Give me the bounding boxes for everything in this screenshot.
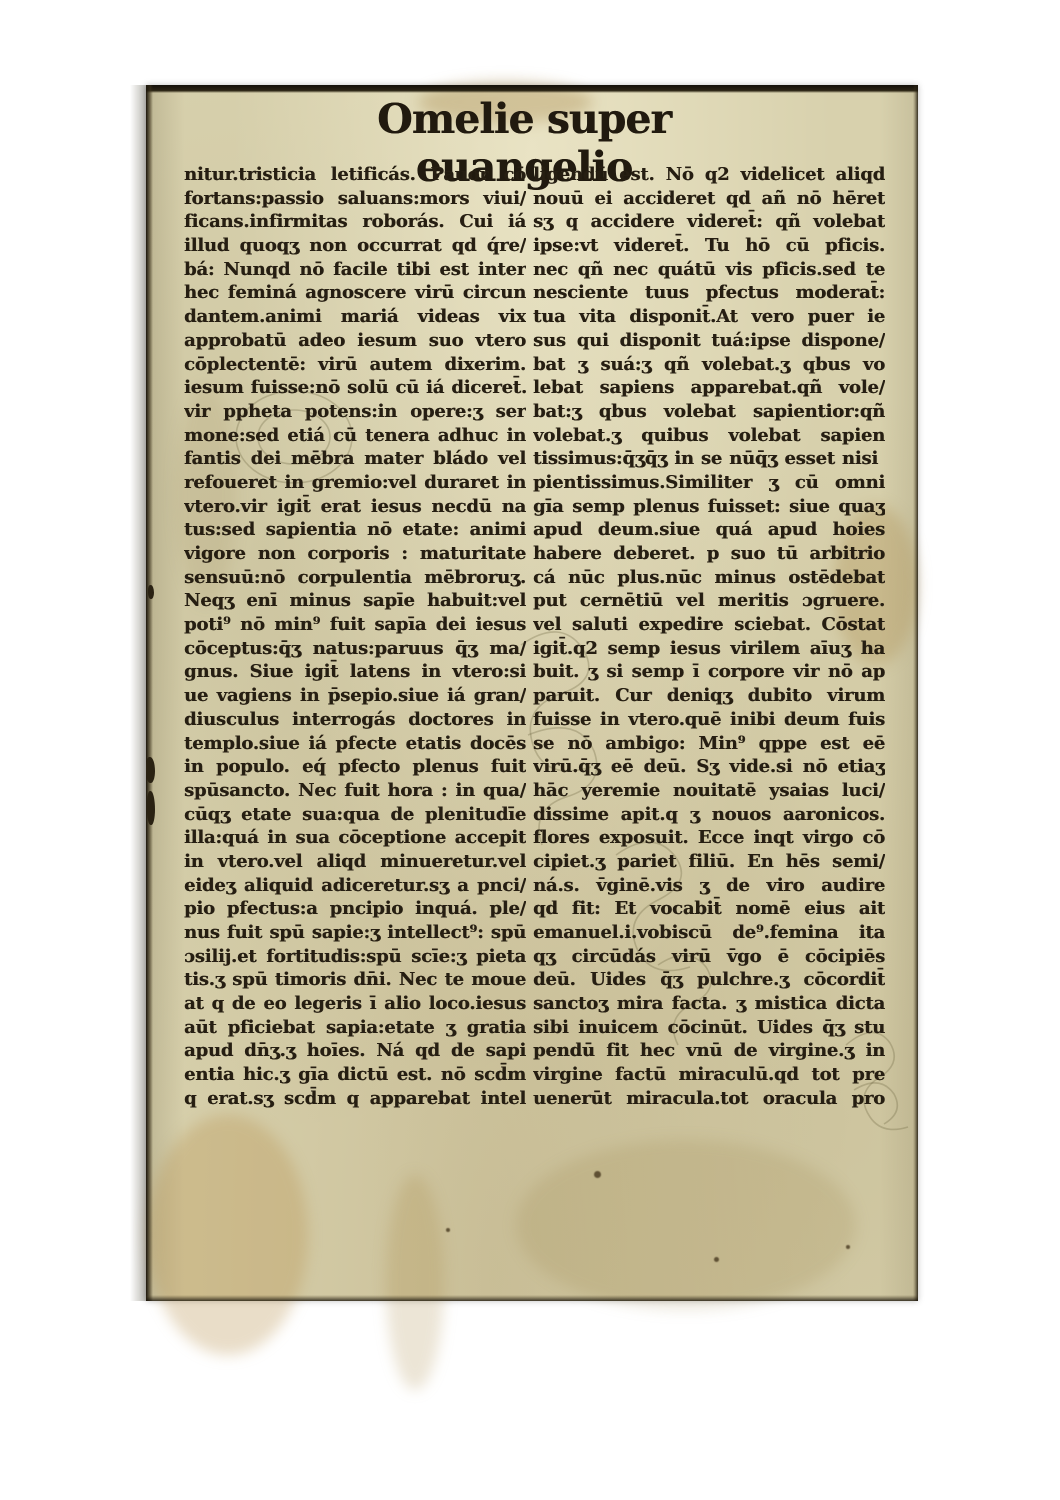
text-line-left-30: in vtero.vel aliqd minueretur.vel <box>184 850 526 874</box>
text-line-right-5: nec qñ nec quátū vis pficis.sed te <box>533 258 885 282</box>
text-line-left-9: cōplectentē: virū autem dixerim. <box>184 353 526 377</box>
text-line-left-32: pio pfectus:a pncipio inquá. ple/ <box>184 897 526 921</box>
text-line-right-37: sibi inuicem cōcinūt. Uides q̄ʒ stu <box>533 1016 885 1040</box>
paper-speck <box>846 1245 850 1249</box>
text-line-right-35: deū. Uides q̄ʒ pulchre.ʒ cōcordit̄ <box>533 968 885 992</box>
text-line-left-29: illa:quá in sua cōceptione accepit <box>184 826 526 850</box>
text-line-right-6: nesciente tuus pfectus moderat̄: <box>533 281 885 305</box>
text-line-left-22: gnus. Siue igit̄ latens in vtero:si <box>184 660 526 684</box>
text-line-left-27: spūsancto. Nec fuit hora : in qua/ <box>184 779 526 803</box>
text-line-left-14: refoueret in gremio:vel duraret in <box>184 471 526 495</box>
text-line-left-11: vir ppheta potens:in opere:ʒ ser <box>184 400 526 424</box>
text-line-left-38: apud dn̄ʒ.ʒ hoīes. Ná qd de sapi <box>184 1039 526 1063</box>
text-line-left-18: sensuū:nō corpulentia mēbroruʒ. <box>184 566 526 590</box>
text-line-left-10: iesum fuisse:nō solū cū iá diceret̄. <box>184 376 526 400</box>
text-line-right-25: se nō ambigo: Min⁹ qppe est eē <box>533 732 885 756</box>
paper-stain <box>516 1140 856 1310</box>
page-edge-left <box>146 85 153 1301</box>
text-line-right-29: flores exposuit. Ecce inqt virgo cō <box>533 826 885 850</box>
text-line-left-39: entia hic.ʒ gīa dictū est. nō scd̄m <box>184 1063 526 1087</box>
text-line-left-3: ficans.infirmitas roborás. Cui iá <box>184 210 526 234</box>
text-line-right-24: fuisse in vtero.quē inibi deum fuis <box>533 708 885 732</box>
text-line-left-8: approbatū adeo iesum suo vtero <box>184 329 526 353</box>
text-line-right-30: cipiet.ʒ pariet filiū. En hēs semi/ <box>533 850 885 874</box>
text-line-right-7: tua vita disponit̄.At vero puer ie <box>533 305 885 329</box>
text-line-right-21: igit̄.q2 semp iesus virilem aīuʒ ha <box>533 637 885 661</box>
text-line-left-19: Neqʒ enī minus sapīe habuit:vel <box>184 589 526 613</box>
text-line-right-12: volebat.ʒ quibus volebat sapien <box>533 424 885 448</box>
text-line-right-8: sus qui disponit tuá:ipse dispone/ <box>533 329 885 353</box>
text-line-right-26: virū.q̄ʒ eē deū. Sʒ vide.si nō etiaʒ <box>533 755 885 779</box>
text-line-right-16: apud deum.siue quá apud hoies <box>533 518 885 542</box>
paper-speck <box>714 1257 719 1262</box>
text-line-left-33: nus fuit spū sapie:ʒ intellect⁹: spū <box>184 921 526 945</box>
text-line-left-17: vigore non corporis : maturitate <box>184 542 526 566</box>
text-line-left-16: tus:sed sapientia nō etate: animi <box>184 518 526 542</box>
text-line-right-17: habere deberet. p suo tū arbitrio <box>533 542 885 566</box>
text-line-left-25: templo.siue iá pfecte etatis docēs <box>184 732 526 756</box>
paper-stain <box>148 1115 308 1355</box>
text-line-right-11: bat:ʒ qbus volebat sapientior:qñ <box>533 400 885 424</box>
scanned-page-view: Omelie super euangelio nitur.tristicia l… <box>0 0 1060 1500</box>
page-edge-right <box>913 85 918 1301</box>
text-line-left-5: bá: Nunqd nō facile tibi est inter <box>184 258 526 282</box>
text-line-right-1: ligendū est. Nō q2 videlicet aliqd <box>533 163 885 187</box>
text-line-right-9: bat ʒ suá:ʒ qñ volebat.ʒ qbus vo <box>533 353 885 377</box>
text-line-left-36: at q de eo legeris ī alio loco.iesus <box>184 992 526 1016</box>
text-line-right-39: virgine factū miraculū.qd tot pre <box>533 1063 885 1087</box>
margin-ink-mark <box>146 757 155 783</box>
text-line-right-2: nouū ei accideret qd añ nō hēret <box>533 187 885 211</box>
text-line-right-31: ná.s. v̄ginē.vis ʒ de viro audire <box>533 874 885 898</box>
scan-backdrop-shadow <box>130 85 146 1301</box>
text-line-left-13: fantis dei mēbra mater bládo vel <box>184 447 526 471</box>
text-line-right-40: uenerūt miracula.tot oracula pro <box>533 1087 885 1111</box>
text-line-left-40: q erat.sʒ scd̄m q apparebat intel <box>184 1087 526 1111</box>
paper-speck <box>446 1228 450 1232</box>
text-line-right-14: pientissimus.Similiter ʒ cū omni <box>533 471 885 495</box>
text-line-left-15: vtero.vir igit̄ erat iesus necdū na <box>184 495 526 519</box>
text-line-right-15: gīa semp plenus fuisset: siue quaʒ <box>533 495 885 519</box>
text-line-left-12: mone:sed etiá cū tenera adhuc in <box>184 424 526 448</box>
text-line-right-27: hāc yeremie nouitatē ysaias luci/ <box>533 779 885 803</box>
text-line-left-28: cūqʒ etate sua:qua de plenitudīe <box>184 803 526 827</box>
text-line-left-35: tis.ʒ spū timoris dn̄i. Nec te moue <box>184 968 526 992</box>
paper-stain <box>386 1175 444 1390</box>
text-line-right-19: put cernētiū vel meritis ɔgruere. <box>533 589 885 613</box>
text-line-left-26: in populo. eq́ pfecto plenus fuit <box>184 755 526 779</box>
text-line-left-7: dantem.animi mariá videas vix <box>184 305 526 329</box>
text-line-left-37: aūt pficiebat sapia:etate ʒ gratia <box>184 1016 526 1040</box>
text-line-right-34: qʒ circūdás virū v̄go ē cōcipiēs <box>533 945 885 969</box>
text-line-left-24: diusculus interrogás doctores in <box>184 708 526 732</box>
text-line-left-6: hec feminá agnoscere virū circun <box>184 281 526 305</box>
text-line-right-4: ipse:vt videret̄. Tu hō cū pficis. <box>533 234 885 258</box>
text-line-right-23: paruit. Cur deniqʒ dubito virum <box>533 684 885 708</box>
text-line-right-20: vel saluti expedire sciebat. Cōstat <box>533 613 885 637</box>
text-line-right-3: sʒ q accidere videret̄: qñ volebat <box>533 210 885 234</box>
text-line-left-23: ue vagiens in p̄sepio.siue iá gran/ <box>184 684 526 708</box>
text-line-right-13: tissimus:q̄ʒq̄ʒ in se nūq̄ʒ esset nisi s… <box>533 447 885 471</box>
paper-speck <box>594 1171 601 1178</box>
text-line-right-32: qd fit: Et vocabit̄ nomē eius ait <box>533 897 885 921</box>
text-line-right-33: emanuel.i.vobiscū de⁹.femina ita <box>533 921 885 945</box>
text-line-right-22: buit. ʒ si semp ī corpore vir nō ap <box>533 660 885 684</box>
text-line-left-21: cōceptus:q̄ʒ natus:paruus q̄ʒ ma/ <box>184 637 526 661</box>
text-line-left-1: nitur.tristicia letificás. Pauor cō <box>184 163 526 187</box>
text-column-left: nitur.tristicia letificás. Pauor cōforta… <box>184 163 526 1111</box>
margin-ink-mark <box>148 585 154 599</box>
text-line-right-10: lebat sapiens apparebat.qñ vole/ <box>533 376 885 400</box>
page-edge-bottom <box>146 1295 918 1301</box>
text-line-right-28: dissime apit.q ʒ nouos aaronicos. <box>533 803 885 827</box>
margin-ink-mark <box>147 791 155 825</box>
text-line-left-31: eideʒ aliquid adiceretur.sʒ a pnci/ <box>184 874 526 898</box>
text-line-right-36: sanctoʒ mira facta. ʒ mistica dicta <box>533 992 885 1016</box>
text-line-right-18: cá nūc plus.nūc minus ostēdebat <box>533 566 885 590</box>
page-edge-top <box>146 85 918 93</box>
book-page: Omelie super euangelio nitur.tristicia l… <box>146 85 918 1301</box>
text-column-right: ligendū est. Nō q2 videlicet aliqdnouū e… <box>533 163 885 1111</box>
text-line-left-2: fortans:passio saluans:mors viui/ <box>184 187 526 211</box>
text-line-left-4: illud quoqʒ non occurrat qd q́re/ <box>184 234 526 258</box>
text-line-left-34: ɔsilij.et fortitudis:spū scīe:ʒ pieta <box>184 945 526 969</box>
text-line-left-20: poti⁹ nō min⁹ fuit sapīa dei iesus <box>184 613 526 637</box>
text-line-right-38: pendū fit hec vnū de virgine.ʒ in <box>533 1039 885 1063</box>
